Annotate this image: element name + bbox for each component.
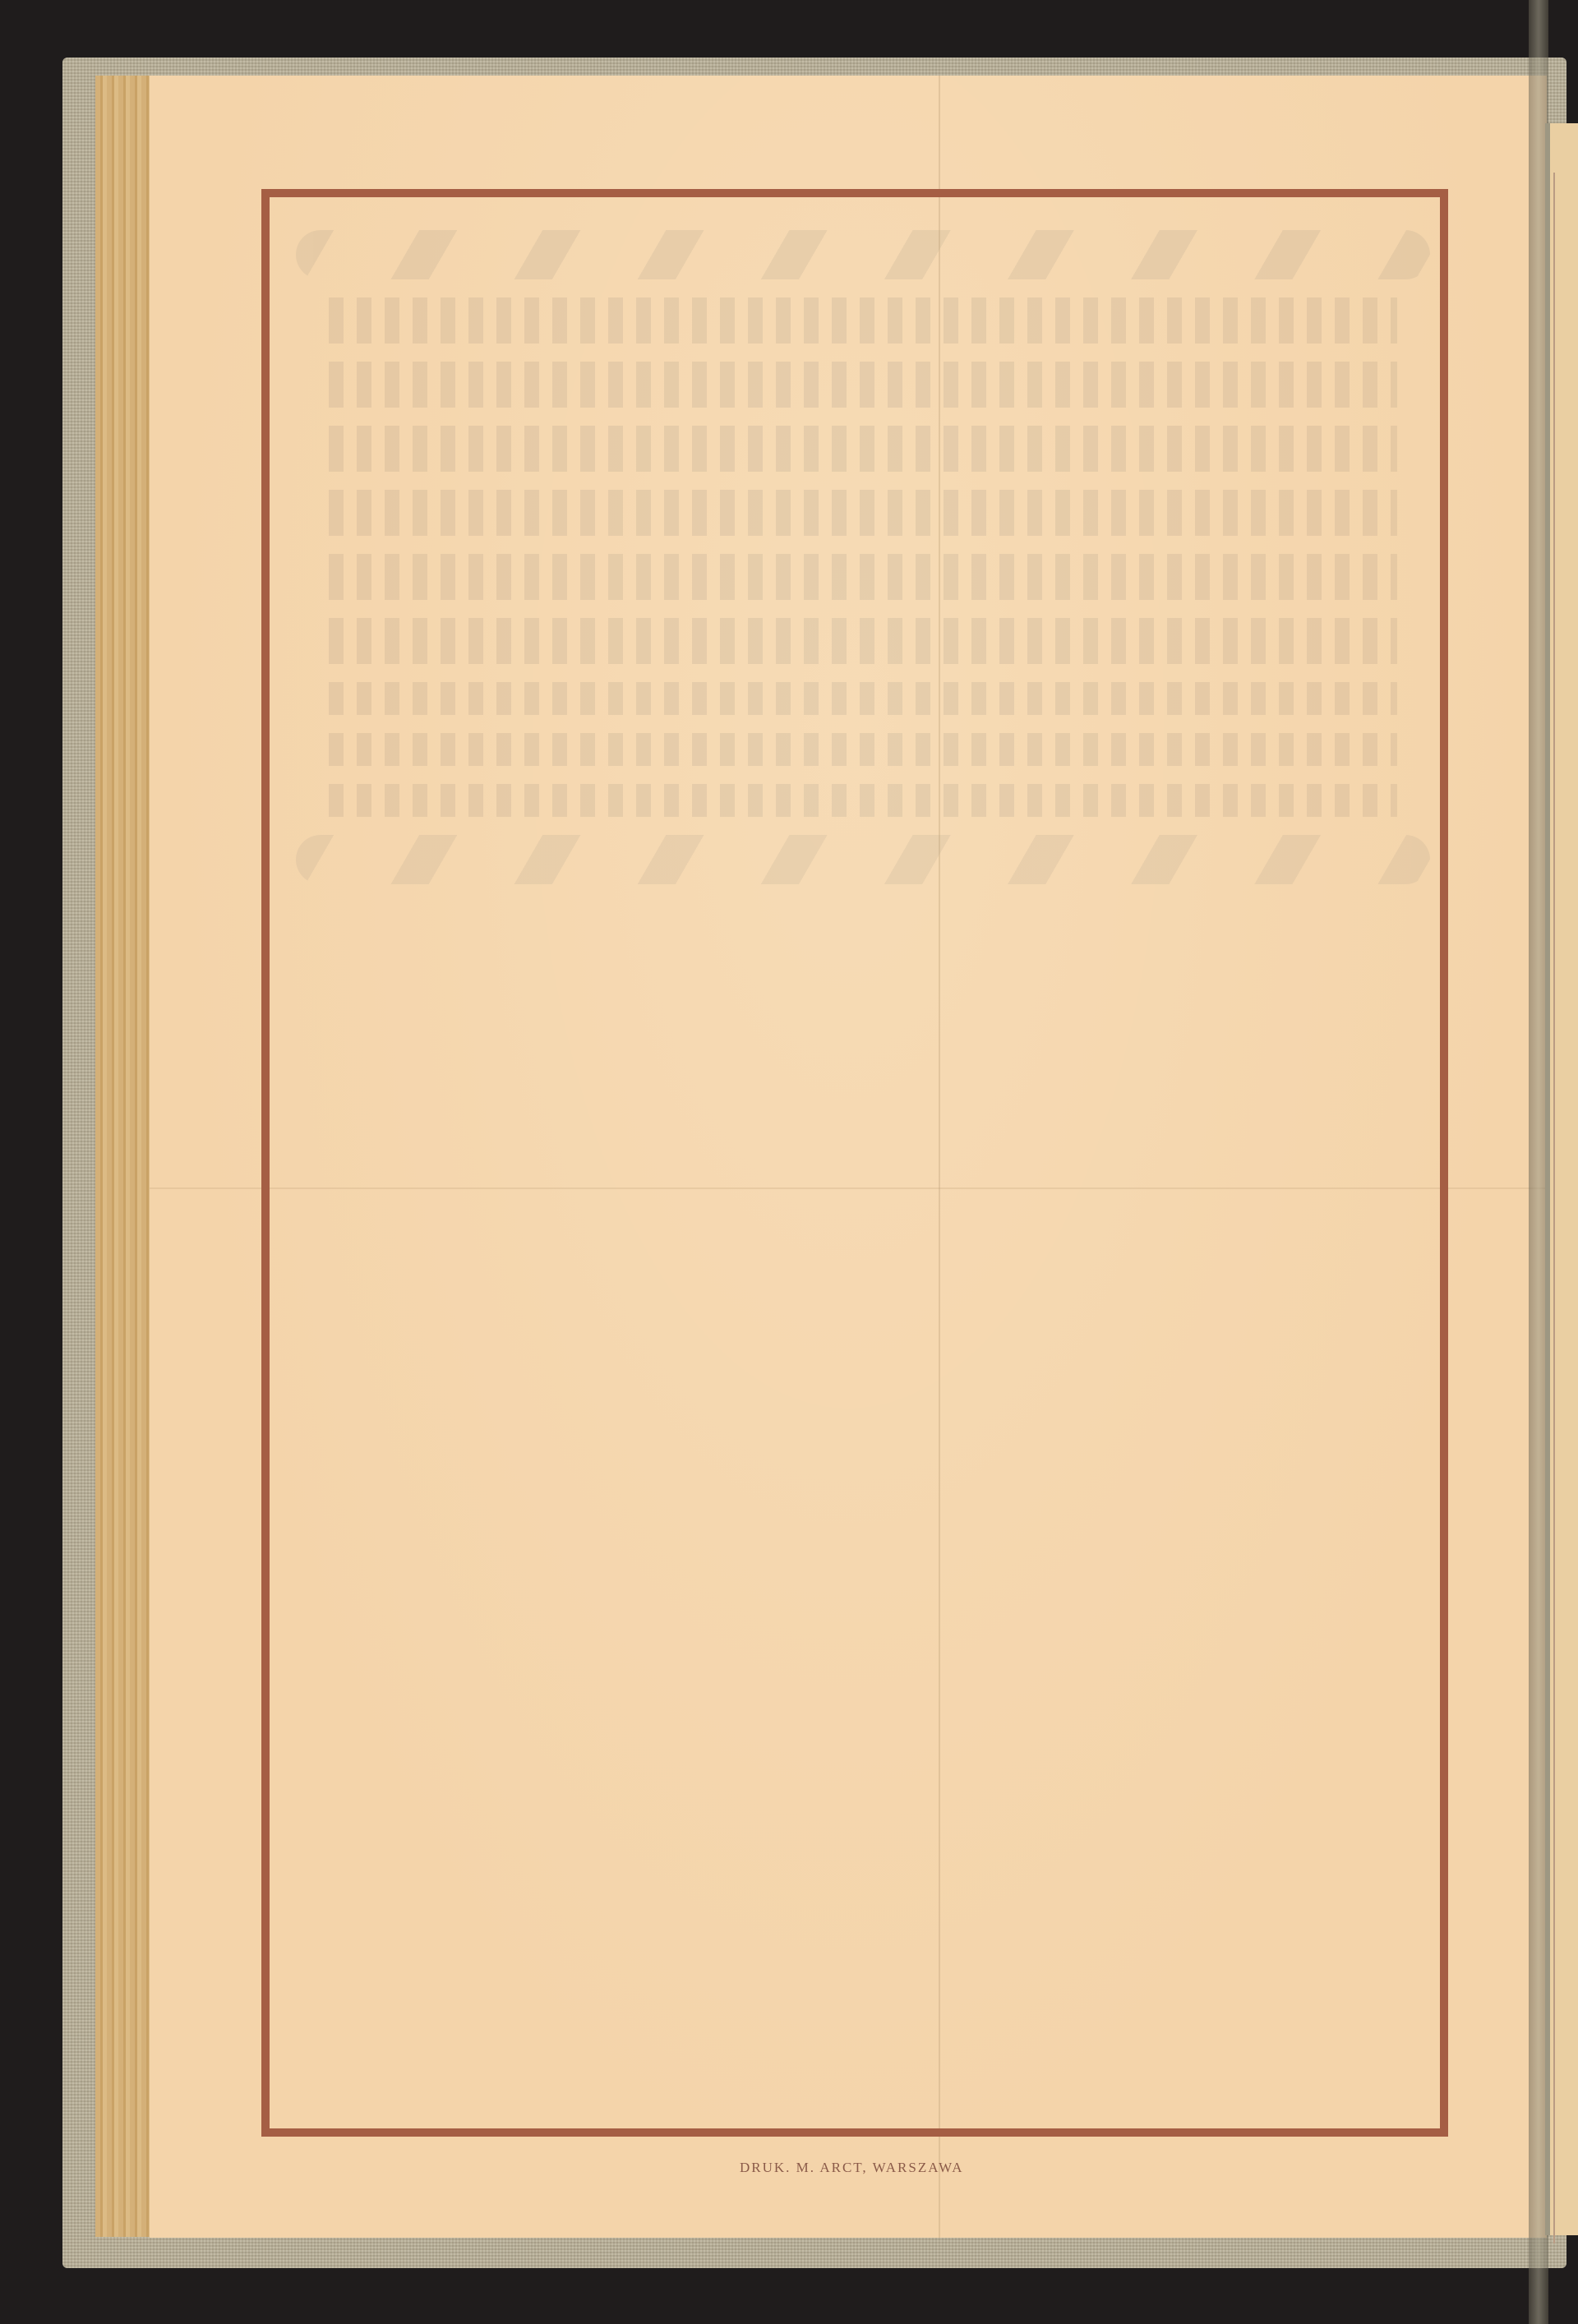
printer-imprint: DRUK. M. ARCT, WARSZAWA <box>740 2160 964 2176</box>
adjacent-page-edge <box>1545 123 1578 2235</box>
decorative-red-frame <box>261 189 1448 2137</box>
page-edges-stack <box>95 76 153 2237</box>
